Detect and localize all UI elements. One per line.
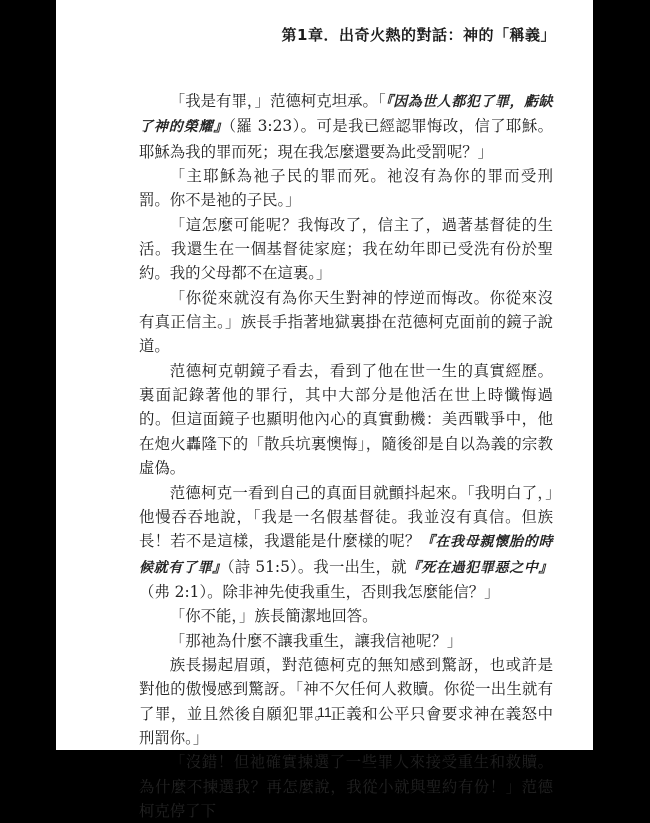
- paragraph: 「你不能，」族長簡潔地回答。: [139, 604, 553, 628]
- text-segment: 族長揚起眉頭，對范德柯克的無知感到驚訝，也或許是對他的傲慢感到驚訝。「神不欠任何…: [139, 656, 553, 747]
- scripture-quote: 『死在過犯罪惡之中』: [407, 560, 553, 576]
- paragraph: 「這怎麼可能呢？我悔改了，信主了，過著基督徒的生活。我還生在一個基督徒家庭；我在…: [139, 213, 553, 286]
- body-text: 「我是有罪，」范德柯克坦承。「『因為世人都犯了罪，虧缺了神的榮耀』（羅 3:23…: [139, 89, 553, 750]
- paragraph: 范德柯克一看到自己的真面目就顫抖起來。「我明白了，」他慢吞吞地說，「我是一名假基…: [139, 481, 553, 605]
- text-segment: 「我是有罪，」范德柯克坦承。「: [170, 92, 386, 110]
- running-header: 第1章．出奇火熱的對話：神的「稱義」: [282, 24, 556, 45]
- paragraph: 「那祂為什麼不讓我重生，讓我信祂呢？」: [139, 629, 553, 653]
- text-segment: （詩 51:5）。我一出生，就: [227, 558, 407, 576]
- page-number: 11: [56, 704, 593, 720]
- text-segment: 「你不能，」族長簡潔地回答。: [170, 607, 378, 625]
- paragraph: 族長揚起眉頭，對范德柯克的無知感到驚訝，也或許是對他的傲慢感到驚訝。「神不欠任何…: [139, 653, 553, 750]
- paragraph: 「我是有罪，」范德柯克坦承。「『因為世人都犯了罪，虧缺了神的榮耀』（羅 3:23…: [139, 89, 553, 164]
- book-page: 第1章．出奇火熱的對話：神的「稱義」 「我是有罪，」范德柯克坦承。「『因為世人都…: [56, 0, 593, 750]
- paragraph: 「你從來就沒有為你天生對神的悖逆而悔改。你從來沒有真正信主。」族長手指著地獄裏掛…: [139, 286, 553, 359]
- text-segment: 「那祂為什麼不讓我重生，讓我信祂呢？」: [170, 632, 462, 650]
- text-segment: 「你從來就沒有為你天生對神的悖逆而悔改。你從來沒有真正信主。」族長手指著地獄裏掛…: [139, 289, 553, 356]
- paragraph: 「主耶穌為祂子民的罪而死。祂沒有為你的罪而受刑罰。你不是祂的子民。」: [139, 164, 553, 213]
- text-segment: 范德柯克朝鏡子看去，看到了他在世一生的真實經歷。裏面記錄著他的罪行，其中大部分是…: [139, 362, 553, 477]
- text-segment: 「這怎麼可能呢？我悔改了，信主了，過著基督徒的生活。我還生在一個基督徒家庭；我在…: [139, 216, 553, 283]
- text-segment: 「主耶穌為祂子民的罪而死。祂沒有為你的罪而受刑罰。你不是祂的子民。」: [139, 167, 553, 209]
- text-segment: （弗 2:1）。除非神先使我重生，否則我怎麼能信？」: [139, 583, 500, 601]
- paragraph: 范德柯克朝鏡子看去，看到了他在世一生的真實經歷。裏面記錄著他的罪行，其中大部分是…: [139, 359, 553, 481]
